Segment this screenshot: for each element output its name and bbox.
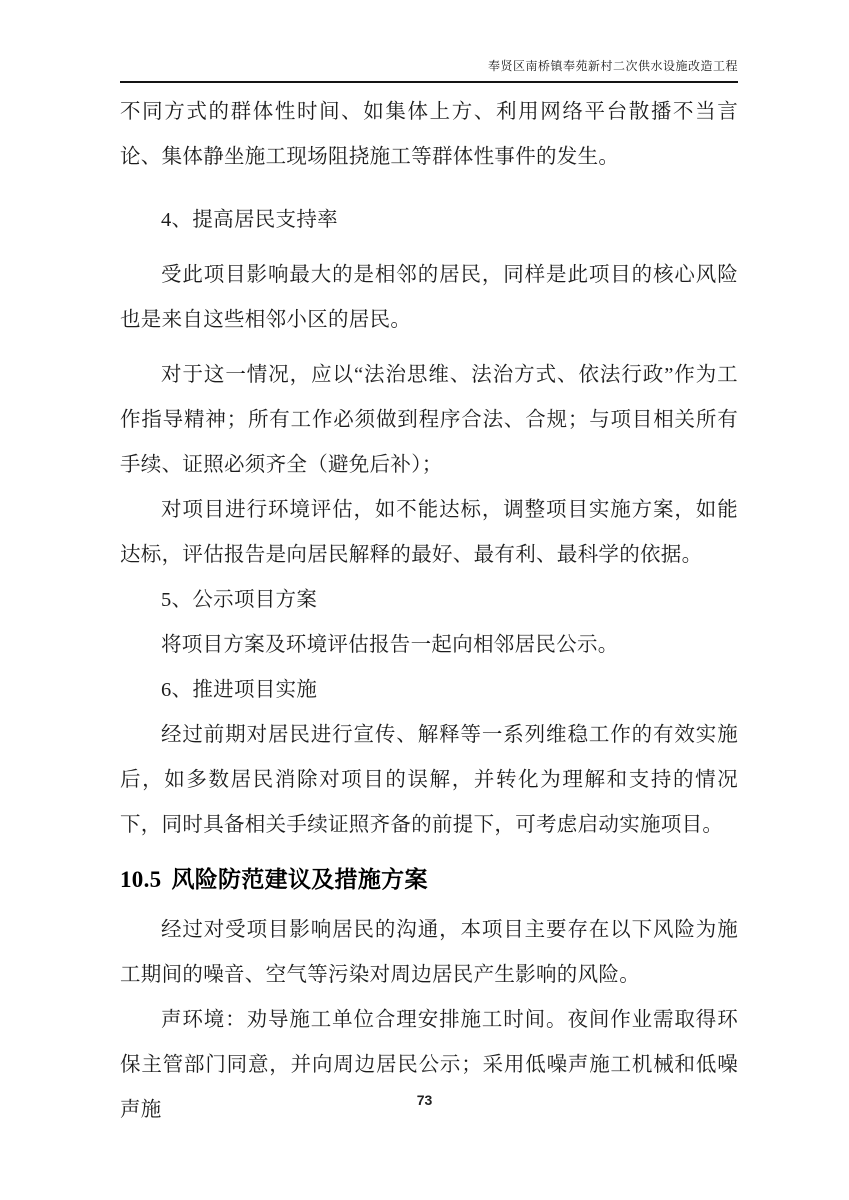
header-project-title: 奉贤区南桥镇奉苑新村二次供水设施改造工程 bbox=[488, 59, 738, 73]
paragraph: 受此项目影响最大的是相邻的居民，同样是此项目的核心风险也是来自这些相邻小区的居民… bbox=[120, 253, 738, 343]
paragraph: 声环境：劝导施工单位合理安排施工时间。夜间作业需取得环保主管部门同意，并向周边居… bbox=[120, 998, 738, 1133]
paragraph: 对项目进行环境评估，如不能达标，调整项目实施方案，如能达标，评估报告是向居民解释… bbox=[120, 488, 738, 578]
content-column: 奉贤区南桥镇奉苑新村二次供水设施改造工程 不同方式的群体性时间、如集体上方、利用… bbox=[120, 58, 738, 1133]
section-number: 10.5 bbox=[120, 867, 161, 892]
page-footer: 73 bbox=[0, 1092, 849, 1110]
page-number: 73 bbox=[417, 1092, 433, 1108]
paragraph: 对于这一情况，应以“法治思维、法治方式、依法行政”作为工作指导精神；所有工作必须… bbox=[120, 353, 738, 488]
section-title: 风险防范建议及措施方案 bbox=[171, 867, 427, 892]
section-heading: 10.5风险防范建议及措施方案 bbox=[120, 863, 738, 897]
numbered-item-4: 4、提高居民支持率 bbox=[120, 198, 738, 243]
numbered-item-5: 5、公示项目方案 bbox=[120, 578, 738, 623]
paragraph: 将项目方案及环境评估报告一起向相邻居民公示。 bbox=[120, 623, 738, 668]
paragraph: 经过前期对居民进行宣传、解释等一系列维稳工作的有效实施后，如多数居民消除对项目的… bbox=[120, 713, 738, 848]
numbered-item-6: 6、推进项目实施 bbox=[120, 668, 738, 713]
paragraph: 经过对受项目影响居民的沟通，本项目主要存在以下风险为施工期间的噪音、空气等污染对… bbox=[120, 908, 738, 998]
document-body: 不同方式的群体性时间、如集体上方、利用网络平台散播不当言论、集体静坐施工现场阻挠… bbox=[120, 90, 738, 1133]
document-page: 奉贤区南桥镇奉苑新村二次供水设施改造工程 不同方式的群体性时间、如集体上方、利用… bbox=[0, 0, 849, 1200]
paragraph-continuation: 不同方式的群体性时间、如集体上方、利用网络平台散播不当言论、集体静坐施工现场阻挠… bbox=[120, 90, 738, 180]
page-header: 奉贤区南桥镇奉苑新村二次供水设施改造工程 bbox=[120, 58, 738, 83]
